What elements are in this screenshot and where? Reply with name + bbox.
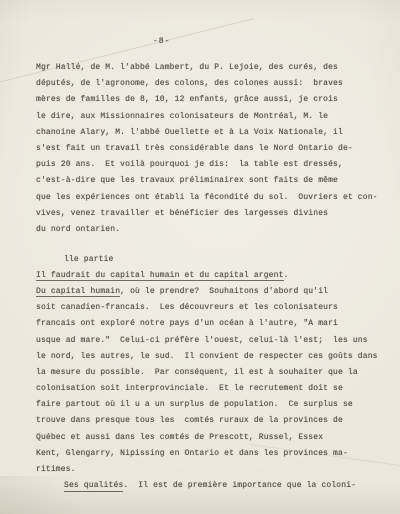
- text-line: Il faudrait du capital humain et du capi…: [36, 271, 382, 287]
- text-segment: du nord ontarien.: [36, 225, 120, 234]
- text-line: mères de familles de 8, 10, 12 enfants, …: [36, 95, 382, 111]
- text-segment: faire partout où il u a un surplus de po…: [36, 400, 353, 409]
- text-segment: députés, de l'agronome, des colons, des …: [36, 79, 343, 88]
- text-segment: le dire, aux Missionnaires colonisateurs…: [36, 112, 328, 121]
- text-line: le nord, les autres, le sud. Il convient…: [36, 352, 382, 368]
- text-segment: s'est fait un travail très considérable …: [36, 144, 353, 153]
- text-line: faire partout où il u a un surplus de po…: [36, 400, 382, 416]
- underlined-text: Du capital humain: [36, 287, 120, 298]
- text-line: usque ad mare." Celui-ci préfère l'ouest…: [36, 336, 382, 352]
- text-line: chanoine Alary, M. l'abbé Ouellette et à…: [36, 128, 382, 144]
- text-segment: trouve dans presque tous les comtés rura…: [36, 416, 343, 425]
- text-segment: Mgr Hallé, de M. l'abbé Lambert, du P. L…: [36, 63, 338, 72]
- text-segment: le nord, les autres, le sud. Il convient…: [36, 352, 378, 361]
- text-line: du nord ontarien.: [36, 225, 382, 241]
- text-segment: c'est-à-dire que les travaux préliminair…: [36, 176, 338, 185]
- text-line: Mgr Hallé, de M. l'abbé Lambert, du P. L…: [36, 63, 382, 79]
- text-line: Québec et aussi dans les comtés de Presc…: [36, 433, 382, 449]
- text-line: soit canadien-francais. Les découvreurs …: [36, 303, 382, 319]
- document-page: -8- Mgr Hallé, de M. l'abbé Lambert, du …: [0, 0, 400, 514]
- text-segment: mères de familles de 8, 10, 12 enfants, …: [36, 95, 338, 104]
- underlined-text: Ses qualités: [64, 481, 123, 492]
- text-line: trouve dans presque tous les comtés rura…: [36, 416, 382, 432]
- text-line: puis 20 ans. Et voilà pourquoi je dis: l…: [36, 160, 382, 176]
- text-segment: ritimes.: [36, 465, 76, 474]
- underlined-text: Il faudrait du capital humain et du capi…: [36, 271, 284, 282]
- page-number: -8-: [153, 37, 170, 46]
- text-segment: usque ad mare." Celui-ci préfère l'ouest…: [36, 336, 368, 345]
- text-segment: .: [284, 271, 289, 280]
- text-segment: la mesure du possible. Par conséquent, i…: [36, 368, 358, 377]
- text-segment: soit canadien-francais. Les découvreurs …: [36, 303, 338, 312]
- text-line: que les expériences ont établi la fécond…: [36, 193, 382, 209]
- text-line: le dire, aux Missionnaires colonisateurs…: [36, 112, 382, 128]
- text-line: députés, de l'agronome, des colons, des …: [36, 79, 382, 95]
- text-line: s'est fait un travail très considérable …: [36, 144, 382, 160]
- text-segment: chanoine Alary, M. l'abbé Ouellette et à…: [36, 128, 343, 137]
- text-segment: lle partie: [64, 255, 114, 264]
- text-line: ritimes.: [36, 465, 382, 481]
- text-line: Du capital humain, où le prendre? Souhai…: [36, 287, 382, 303]
- text-segment: colonisation soit interprovinciale. Et l…: [36, 384, 343, 393]
- text-segment: Kent, Glengarry, Nipissing en Ontario et…: [36, 449, 348, 458]
- text-line: Kent, Glengarry, Nipissing en Ontario et…: [36, 449, 382, 465]
- paragraph-block: lle partieIl faudrait du capital humain …: [36, 255, 382, 482]
- text-line: colonisation soit interprovinciale. Et l…: [36, 384, 382, 400]
- text-line: lle partie: [36, 255, 382, 271]
- text-line: francais ont exploré notre pays d'un océ…: [36, 319, 382, 335]
- text-segment: que les expériences ont établi la fécond…: [36, 193, 378, 202]
- text-segment: puis 20 ans. Et voilà pourquoi je dis: l…: [36, 160, 343, 169]
- document-body: Mgr Hallé, de M. l'abbé Lambert, du P. L…: [36, 63, 382, 497]
- text-segment: . Il est de première importance que la c…: [123, 481, 356, 490]
- paragraph-block: Mgr Hallé, de M. l'abbé Lambert, du P. L…: [36, 63, 382, 241]
- text-segment: francais ont exploré notre pays d'un océ…: [36, 319, 338, 328]
- text-line: c'est-à-dire que les travaux préliminair…: [36, 176, 382, 192]
- text-segment: Québec et aussi dans les comtés de Presc…: [36, 433, 323, 442]
- text-line: Ses qualités. Il est de première importa…: [36, 481, 382, 497]
- text-segment: , où le prendre? Souhaitons d'abord qu'i…: [120, 287, 328, 296]
- text-line: vives, venez travailler et bénéficier de…: [36, 209, 382, 225]
- text-segment: vives, venez travailler et bénéficier de…: [36, 209, 328, 218]
- paragraph-block: Ses qualités. Il est de première importa…: [36, 481, 382, 497]
- text-line: la mesure du possible. Par conséquent, i…: [36, 368, 382, 384]
